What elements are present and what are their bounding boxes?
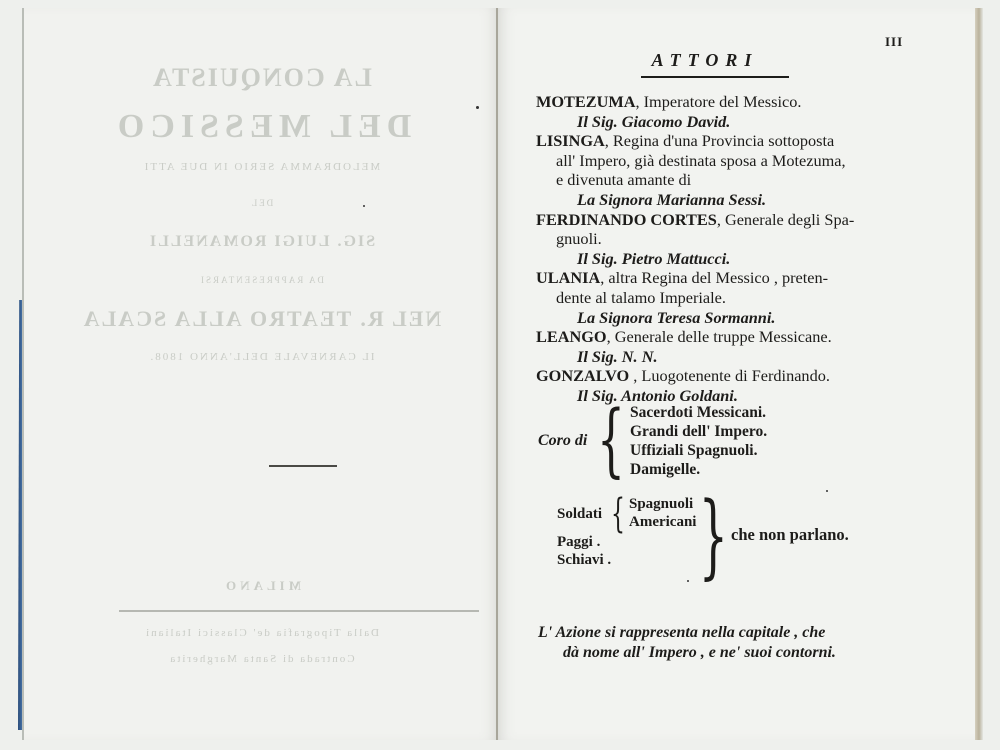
small-brace-icon: { xyxy=(611,494,625,534)
cast-entry-ferdinando-cortes: FERDINANDO CORTES, Generale degli Spa- g… xyxy=(536,210,906,269)
ink-speck xyxy=(687,580,689,582)
ghost-title-line2: DEL MESSICO xyxy=(24,108,499,146)
left-brace-icon: { xyxy=(597,400,625,480)
role-name: LISINGA xyxy=(536,131,605,150)
ghost-rappresentarsi: DA RAPPRESENTARSI xyxy=(24,275,499,285)
chorus-item: Damigelle. xyxy=(630,460,767,479)
actor-name: La Signora Teresa Sormanni. xyxy=(536,308,906,328)
cast-entry-ulania: ULANIA, altra Regina del Messico , prete… xyxy=(536,268,906,327)
actor-name: Il Sig. N. N. xyxy=(536,347,906,367)
role-description: , Regina d'una Provincia sottoposta xyxy=(605,131,834,150)
setting-note: L' Azione si rappresenta nella capitale … xyxy=(538,623,908,663)
actor-name: Il Sig. Pietro Mattucci. xyxy=(536,249,906,269)
ink-speck xyxy=(363,205,365,207)
right-brace-icon: { xyxy=(714,490,728,582)
role-name: FERDINANDO CORTES xyxy=(536,210,717,229)
cast-entry-gonzalvo: GONZALVO , Luogotenente di Ferdinando. I… xyxy=(536,366,906,405)
ghost-printer-line1: Dalla Tipografia de' Classici Italiani xyxy=(24,627,499,639)
chorus-label: Coro di xyxy=(538,432,587,450)
ghost-city: MILANO xyxy=(24,578,499,594)
cast-entry-motezuma: MOTEZUMA, Imperatore del Messico. Il Sig… xyxy=(536,92,906,131)
role-name: MOTEZUMA xyxy=(536,92,636,111)
role-description-cont: gnuoli. xyxy=(536,229,906,249)
extras-item: Paggi . xyxy=(557,533,611,551)
ghost-author: SIG. LUIGI ROMANELLI xyxy=(24,233,499,251)
page-heading: ATTORI xyxy=(620,50,790,71)
page-edge xyxy=(975,8,983,740)
role-description: , altra Regina del Messico , preten- xyxy=(600,268,828,287)
non-speaking-note: che non parlano. xyxy=(731,525,849,545)
cast-list: MOTEZUMA, Imperatore del Messico. Il Sig… xyxy=(536,92,906,406)
role-description-cont: all' Impero, già destinata sposa a Motez… xyxy=(536,151,906,171)
role-description-cont: dente al talamo Imperiale. xyxy=(536,288,906,308)
ghost-season: IL CARNEVALE DELL'ANNO 1808. xyxy=(24,351,499,363)
book-gutter xyxy=(496,8,498,740)
actor-name: Il Sig. Giacomo David. xyxy=(536,112,906,132)
role-description: , Generale degli Spa- xyxy=(717,210,854,229)
ink-speck xyxy=(826,490,828,492)
left-page: LA CONQUISTA DEL MESSICO MELODRAMMA SERI… xyxy=(22,8,499,740)
ghost-rule xyxy=(119,610,479,612)
separator-dash xyxy=(269,465,337,467)
role-description: , Imperatore del Messico. xyxy=(636,92,802,111)
other-extras: Paggi . Schiavi . xyxy=(557,533,611,569)
role-description: , Generale delle truppe Messicane. xyxy=(607,327,832,346)
chorus-item: Uffiziali Spagnuoli. xyxy=(630,441,767,460)
soldati-item: Spagnuoli xyxy=(629,495,696,513)
soldati-list: Spagnuoli Americani xyxy=(629,495,696,531)
chorus-item: Sacerdoti Messicani. xyxy=(630,403,767,422)
extras-item: Schiavi . xyxy=(557,551,611,569)
heading-underline xyxy=(641,76,789,78)
soldati-item: Americani xyxy=(629,513,696,531)
ghost-printer-line2: Contrada di Santa Margherita xyxy=(24,653,499,665)
role-description: , Luogotenente di Ferdinando. xyxy=(629,366,830,385)
ghost-title-line1: LA CONQUISTA xyxy=(24,63,499,93)
role-name: ULANIA xyxy=(536,268,600,287)
chorus-list: Sacerdoti Messicani. Grandi dell' Impero… xyxy=(630,403,767,479)
actor-name: La Signora Marianna Sessi. xyxy=(536,190,906,210)
setting-line: dà nome all' Impero , e ne' suoi contorn… xyxy=(538,643,908,663)
role-name: LEANGO xyxy=(536,327,607,346)
soldati-label: Soldati xyxy=(557,506,602,523)
role-description-cont: e divenuta amante di xyxy=(536,170,906,190)
setting-line: L' Azione si rappresenta nella capitale … xyxy=(538,623,908,643)
ghost-per: DEL xyxy=(24,198,499,208)
role-name: GONZALVO xyxy=(536,366,629,385)
ghost-subtitle: MELODRAMMA SERIO IN DUE ATTI xyxy=(24,161,499,173)
cast-entry-lisinga: LISINGA, Regina d'una Provincia sottopos… xyxy=(536,131,906,209)
chorus-item: Grandi dell' Impero. xyxy=(630,422,767,441)
ghost-theatre: NEL R. TEATRO ALLA SCALA xyxy=(24,306,499,332)
page-number: III xyxy=(885,34,903,50)
cast-entry-leango: LEANGO, Generale delle truppe Messicane.… xyxy=(536,327,906,366)
open-book: LA CONQUISTA DEL MESSICO MELODRAMMA SERI… xyxy=(0,0,1000,750)
ink-speck xyxy=(476,106,479,109)
